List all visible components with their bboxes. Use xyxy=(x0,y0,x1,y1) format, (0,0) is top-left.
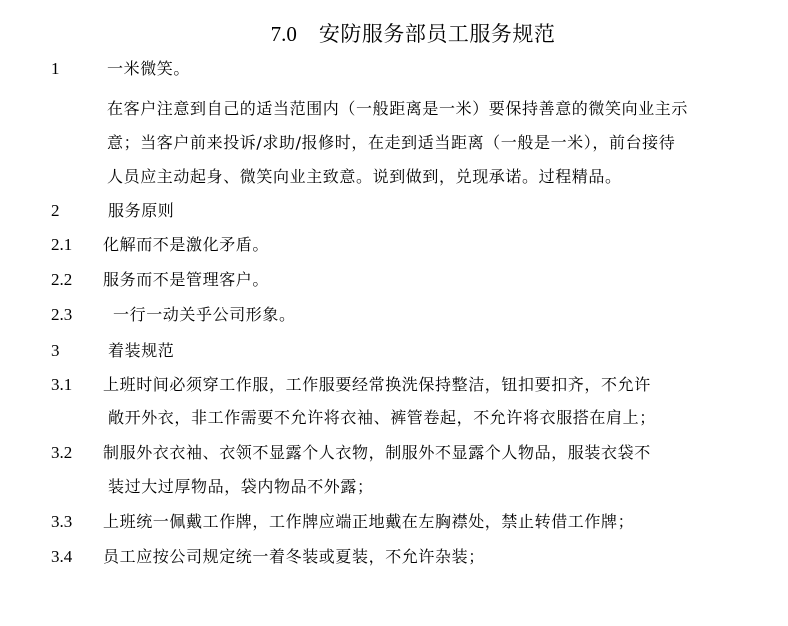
title-text: 安防服务部员工服务规范 xyxy=(319,22,556,46)
paragraph-text: 在客户注意到自己的适当范围内（一般距离是一米）要保持善意的微笑向业主示 xyxy=(107,96,688,122)
subsection-text: 上班时间必须穿工作服，工作服要经常换洗保持整洁，钮扣要扣齐，不允许 xyxy=(103,372,651,398)
title-number: 7.0 xyxy=(271,22,297,46)
subsection-number: 2.1 xyxy=(51,232,72,258)
subsection-number: 3.3 xyxy=(51,509,72,535)
section-number: 1 xyxy=(51,56,60,82)
subsection-text: 员工应按公司规定统一着冬装或夏装，不允许杂装； xyxy=(103,544,485,570)
section-text: 服务原则 xyxy=(108,198,174,224)
paragraph-text: 意；当客户前来投诉/求助/报修时，在走到适当距离（一般是一米），前台接待 xyxy=(107,130,675,156)
paragraph-text: 装过大过厚物品，袋内物品不外露； xyxy=(108,474,374,500)
section-text: 一米微笑。 xyxy=(107,56,190,82)
subsection-text: 一行一动关乎公司形象。 xyxy=(113,302,296,328)
subsection-number: 3.4 xyxy=(51,544,72,570)
section-text: 着装规范 xyxy=(108,338,174,364)
section-number: 3 xyxy=(51,338,60,364)
subsection-number: 3.2 xyxy=(51,440,72,466)
subsection-number: 3.1 xyxy=(51,372,72,398)
paragraph-text: 人员应主动起身、微笑向业主致意。说到做到，兑现承诺。过程精品。 xyxy=(107,164,622,190)
document-title: 7.0安防服务部员工服务规范 xyxy=(0,20,788,48)
subsection-number: 2.2 xyxy=(51,267,72,293)
section-number: 2 xyxy=(51,198,60,224)
subsection-text: 服务而不是管理客户。 xyxy=(103,267,269,293)
subsection-text: 化解而不是激化矛盾。 xyxy=(103,232,269,258)
subsection-text: 上班统一佩戴工作牌，工作牌应端正地戴在左胸襟处，禁止转借工作牌； xyxy=(103,509,634,535)
subsection-text: 制服外衣衣袖、衣领不显露个人衣物，制服外不显露个人物品，服装衣袋不 xyxy=(103,440,651,466)
paragraph-text: 敞开外衣，非工作需要不允许将衣袖、裤管卷起，不允许将衣服搭在肩上； xyxy=(108,405,656,431)
subsection-number: 2.3 xyxy=(51,302,72,328)
